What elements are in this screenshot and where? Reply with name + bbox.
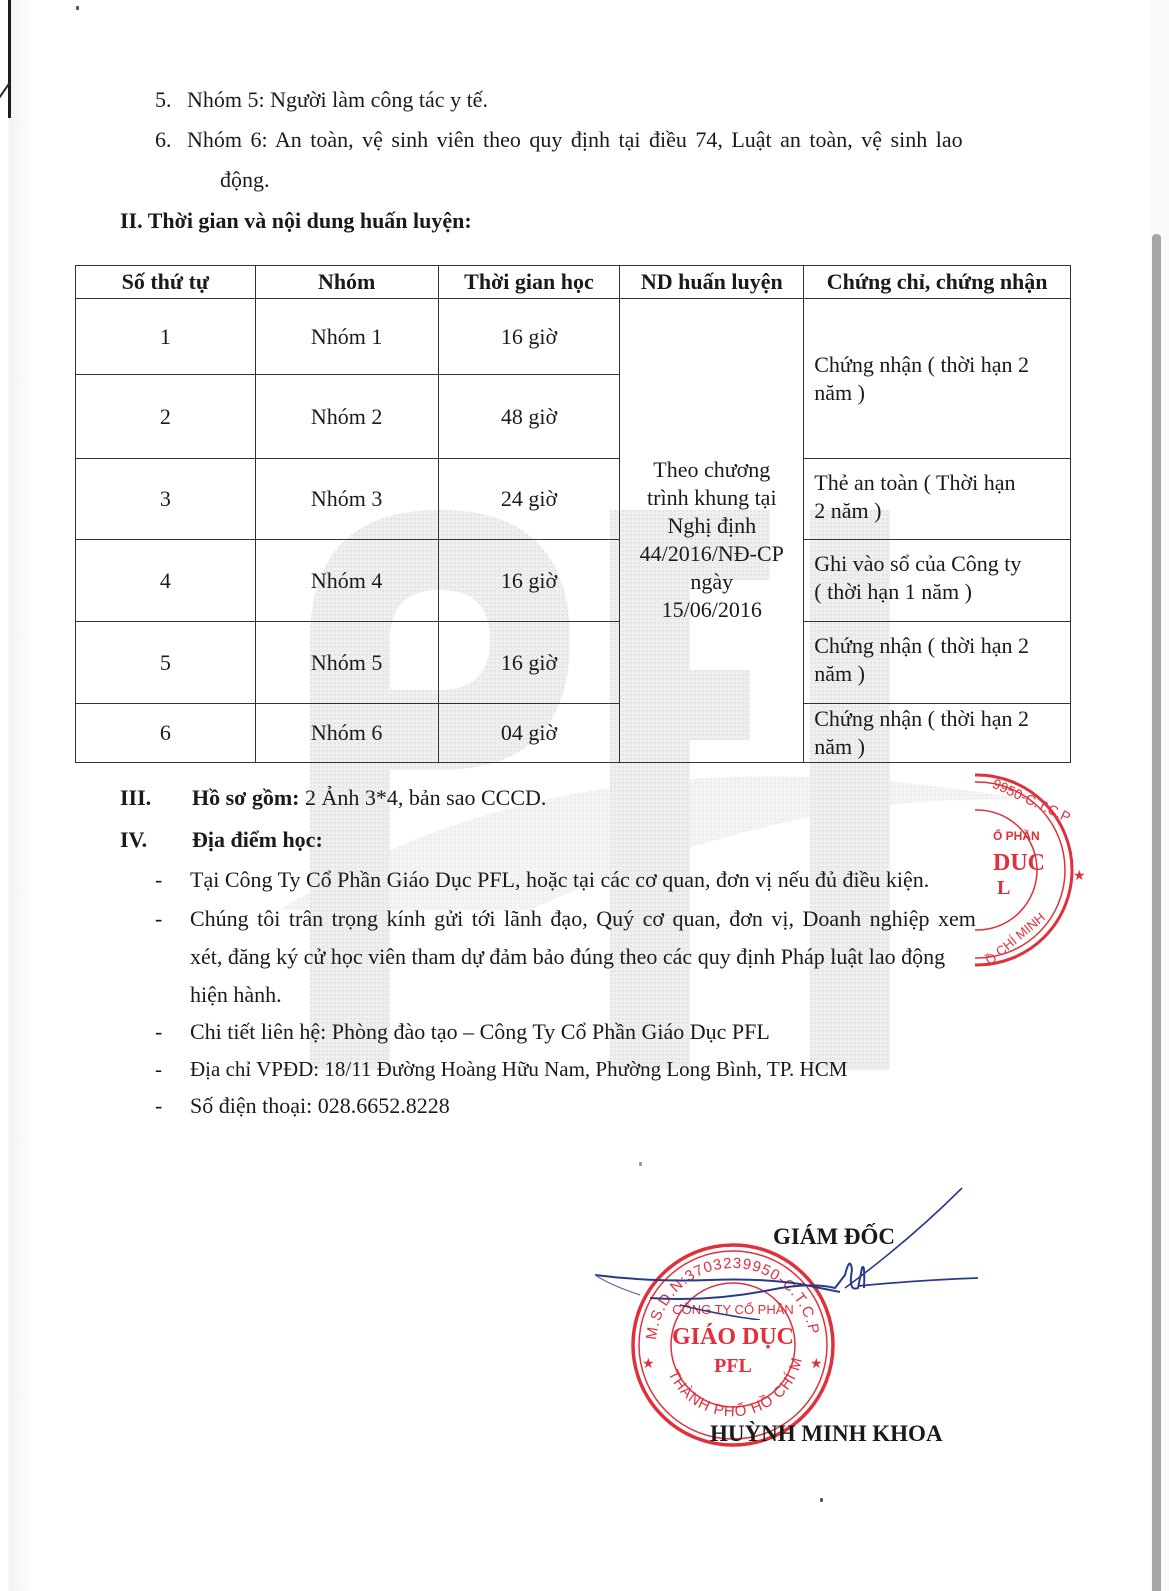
cell-certificate: Ghi vào sổ của Công ty ( thời hạn 1 năm … <box>804 540 1071 622</box>
scan-speck <box>76 6 79 10</box>
cell-training-content: Theo chương trình khung tại Nghị định 44… <box>620 299 804 763</box>
header-duration: Thời gian học <box>438 266 620 299</box>
bullet-text-cont: xét, đăng ký cử học viên tham dự đảm bảo… <box>190 943 945 971</box>
svg-text:M.S.D.N:3703239950-C.T.C.P: M.S.D.N:3703239950-C.T.C.P <box>643 1255 822 1341</box>
cell-stt: 4 <box>76 540 256 622</box>
cell-group: Nhóm 3 <box>255 459 438 540</box>
cert-line: năm ) <box>814 379 1070 407</box>
svg-text:★: ★ <box>810 1357 823 1372</box>
header-group: Nhóm <box>255 266 438 299</box>
cell-duration: 16 giờ <box>438 299 620 375</box>
cell-certificate: Chứng nhận ( thời hạn 2 năm ) <box>804 299 1071 459</box>
list-item-6: 6.Nhóm 6: An toàn, vệ sinh viên theo quy… <box>155 126 963 154</box>
svg-text:L: L <box>997 877 1010 899</box>
cell-stt: 1 <box>76 299 256 375</box>
content-line: 15/06/2016 <box>626 596 797 624</box>
svg-text:GIÁO DỤC: GIÁO DỤC <box>672 1324 794 1350</box>
header-stt: Số thứ tự <box>76 266 256 299</box>
scan-speck <box>820 1498 823 1502</box>
partial-company-stamp: 9950-C.T.C.P Ổ PHẦN DUC L Ồ CHÍ MINH ★ <box>975 770 1095 970</box>
bullet-text-cont: hiện hành. <box>190 981 282 1009</box>
cert-line: 2 năm ) <box>814 497 1070 525</box>
section-3-text: 2 Ảnh 3*4, bản sao CCCD. <box>300 785 547 810</box>
company-stamp: M.S.D.N:3703239950-C.T.C.P THÀNH PHỐ HỒ … <box>628 1240 838 1450</box>
section-4-numeral: IV. <box>120 826 192 854</box>
cell-duration: 16 giờ <box>438 540 620 622</box>
table-row: 1 Nhóm 1 16 giờ Theo chương trình khung … <box>76 299 1071 375</box>
section-2-heading: II. Thời gian và nội dung huấn luyện: <box>120 207 472 235</box>
cell-duration: 04 giờ <box>438 704 620 763</box>
section-4-label: Địa điểm học: <box>192 827 323 852</box>
header-content: ND huấn luyện <box>620 266 804 299</box>
content-line: 44/2016/NĐ-CP <box>626 540 797 568</box>
bullet-dash: - <box>155 1018 162 1046</box>
content-line: ngày <box>626 568 797 596</box>
table-row: 5 Nhóm 5 16 giờ Chứng nhận ( thời hạn 2 … <box>76 622 1071 704</box>
cert-line: năm ) <box>814 733 1070 761</box>
list-text: Nhóm 5: Người làm công tác y tế. <box>187 87 488 112</box>
scrollbar-thumb[interactable] <box>1152 234 1161 1591</box>
training-schedule-table: Số thứ tự Nhóm Thời gian học ND huấn luy… <box>75 265 1071 763</box>
bullet-text: Chi tiết liên hệ: Phòng đào tạo – Công T… <box>190 1018 770 1046</box>
cell-group: Nhóm 4 <box>255 540 438 622</box>
cell-stt: 2 <box>76 375 256 459</box>
cell-certificate: Chứng nhận ( thời hạn 2 năm ) <box>804 704 1071 763</box>
section-3-label: Hồ sơ gồm: <box>192 785 300 810</box>
svg-text:THÀNH PHỐ HỒ CHÍ MINH: THÀNH PHỐ HỒ CHÍ MINH <box>628 1240 806 1420</box>
list-item-6-cont: động. <box>220 166 270 194</box>
signature-title: GIÁM ĐỐC <box>773 1224 895 1250</box>
cell-stt: 5 <box>76 622 256 704</box>
cert-line: năm ) <box>814 660 1070 688</box>
svg-text:★: ★ <box>642 1357 655 1372</box>
bullet-dash: - <box>155 1092 162 1120</box>
cert-line: ( thời hạn 1 năm ) <box>814 578 1070 606</box>
bullet-text: Địa chỉ VPĐD: 18/11 Đường Hoàng Hữu Nam,… <box>190 1055 847 1083</box>
cell-duration: 24 giờ <box>438 459 620 540</box>
svg-text:Ổ PHẦN: Ổ PHẦN <box>993 828 1040 843</box>
page-left-edge <box>0 0 34 1591</box>
section-3: III.Hồ sơ gồm: 2 Ảnh 3*4, bản sao CCCD. <box>120 784 546 812</box>
header-certificate: Chứng chỉ, chứng nhận <box>804 266 1071 299</box>
bullet-dash: - <box>155 905 162 933</box>
cell-group: Nhóm 2 <box>255 375 438 459</box>
svg-text:9950-C.T.C.P: 9950-C.T.C.P <box>990 775 1073 825</box>
svg-text:Ồ CHÍ MINH: Ồ CHÍ MINH <box>982 910 1048 968</box>
scan-speck <box>639 1162 642 1166</box>
signer-name: HUỲNH MINH KHOA <box>710 1421 943 1447</box>
svg-text:CÔNG TY CỔ PHẦN: CÔNG TY CỔ PHẦN <box>672 1302 794 1317</box>
cell-duration: 16 giờ <box>438 622 620 704</box>
bullet-dash: - <box>155 866 162 894</box>
bullet-text: Số điện thoại: 028.6652.8228 <box>190 1092 450 1120</box>
cell-stt: 3 <box>76 459 256 540</box>
list-number: 5. <box>155 86 187 114</box>
cell-group: Nhóm 6 <box>255 704 438 763</box>
svg-text:DUC: DUC <box>993 850 1045 876</box>
list-number: 6. <box>155 126 187 154</box>
table-header-row: Số thứ tự Nhóm Thời gian học ND huấn luy… <box>76 266 1071 299</box>
content-line: trình khung tại <box>626 484 797 512</box>
section-4: IV.Địa điểm học: <box>120 826 323 854</box>
content-line: Nghị định <box>626 512 797 540</box>
table-row: 3 Nhóm 3 24 giờ Thẻ an toàn ( Thời hạn 2… <box>76 459 1071 540</box>
list-item-5: 5.Nhóm 5: Người làm công tác y tế. <box>155 86 488 114</box>
bullet-dash: - <box>155 1055 162 1083</box>
page-edge-line <box>8 0 11 118</box>
cell-certificate: Chứng nhận ( thời hạn 2 năm ) <box>804 622 1071 704</box>
cell-group: Nhóm 5 <box>255 622 438 704</box>
section-3-numeral: III. <box>120 784 192 812</box>
svg-text:★: ★ <box>1073 869 1086 884</box>
signature-scribble <box>590 1180 980 1320</box>
cell-stt: 6 <box>76 704 256 763</box>
cell-duration: 48 giờ <box>438 375 620 459</box>
list-text: Nhóm 6: An toàn, vệ sinh viên theo quy đ… <box>187 127 963 152</box>
bullet-text: Chúng tôi trân trọng kính gửi tới lãnh đ… <box>190 905 976 933</box>
table-row: 4 Nhóm 4 16 giờ Ghi vào sổ của Công ty (… <box>76 540 1071 622</box>
cell-certificate: Thẻ an toàn ( Thời hạn 2 năm ) <box>804 459 1071 540</box>
cert-line: Ghi vào sổ của Công ty <box>814 550 1070 578</box>
cert-line: Chứng nhận ( thời hạn 2 <box>814 351 1070 379</box>
bullet-text: Tại Công Ty Cổ Phần Giáo Dục PFL, hoặc t… <box>190 866 929 894</box>
cell-group: Nhóm 1 <box>255 299 438 375</box>
table-row: 6 Nhóm 6 04 giờ Chứng nhận ( thời hạn 2 … <box>76 704 1071 763</box>
cert-line: Chứng nhận ( thời hạn 2 <box>814 705 1070 733</box>
cert-line: Chứng nhận ( thời hạn 2 <box>814 632 1070 660</box>
svg-text:PFL: PFL <box>714 1355 752 1377</box>
cert-line: Thẻ an toàn ( Thời hạn <box>814 469 1070 497</box>
content-line: Theo chương <box>626 456 797 484</box>
